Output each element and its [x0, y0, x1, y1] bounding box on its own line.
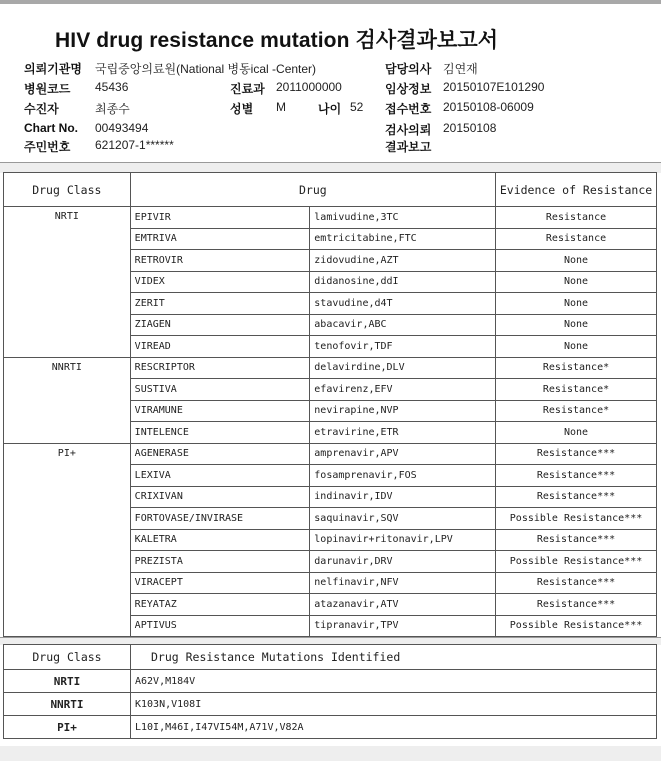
field-age: 나이: [318, 100, 341, 117]
evidence-cell: Resistance***: [496, 572, 657, 594]
evidence-cell: None: [496, 250, 657, 272]
field-value: 20150108-06009: [443, 100, 534, 114]
brand-name-cell: RESCRIPTOR: [130, 357, 310, 379]
brand-name-cell: FORTOVASE/INVIRASE: [130, 508, 310, 530]
generic-name-cell: abacavir,ABC: [310, 314, 496, 336]
mutations-table: Drug Class Drug Resistance Mutations Ide…: [3, 644, 657, 739]
field-test-request: 검사의뢰: [385, 121, 431, 138]
mutation-class: NRTI: [4, 670, 131, 693]
brand-name-cell: KALETRA: [130, 529, 310, 551]
evidence-cell: None: [496, 336, 657, 358]
field-label: 결과보고: [385, 140, 431, 154]
generic-name-cell: atazanavir,ATV: [310, 594, 496, 616]
field-value: 52: [350, 100, 363, 114]
brand-name-cell: REYATAZ: [130, 594, 310, 616]
generic-name-cell: lopinavir+ritonavir,LPV: [310, 529, 496, 551]
field-sex-value: M: [276, 100, 286, 114]
evidence-cell: None: [496, 293, 657, 315]
field-value: 2011000000: [276, 80, 342, 94]
field-clinical-info-value: 20150107E101290: [443, 80, 544, 94]
field-sex: 성별: [230, 100, 253, 117]
mutation-class: NNRTI: [4, 693, 131, 716]
field-label: 나이: [318, 102, 341, 116]
generic-name-cell: nevirapine,NVP: [310, 400, 496, 422]
field-department-value: 2011000000: [276, 80, 342, 94]
brand-name-cell: APTIVUS: [130, 615, 310, 637]
field-institution: 의뢰기관명: [24, 60, 82, 77]
field-hospital-code-value: 45436: [95, 80, 128, 94]
field-value: 국립중앙의료원(National 병동ical -Center): [95, 62, 316, 76]
table-header-row: Drug Class Drug Evidence of Resistance: [4, 173, 657, 207]
field-patient-value: 최종수: [95, 100, 130, 117]
field-label: 담당의사: [385, 62, 431, 76]
header-drug-class: Drug Class: [4, 173, 131, 207]
field-value: 20150108: [443, 121, 496, 135]
brand-name-cell: VIDEX: [130, 271, 310, 293]
evidence-cell: Possible Resistance***: [496, 615, 657, 637]
generic-name-cell: darunavir,DRV: [310, 551, 496, 573]
brand-name-cell: PREZISTA: [130, 551, 310, 573]
evidence-cell: Possible Resistance***: [496, 508, 657, 530]
generic-name-cell: efavirenz,EFV: [310, 379, 496, 401]
field-value: 20150107E101290: [443, 80, 544, 94]
brand-name-cell: LEXIVA: [130, 465, 310, 487]
field-label: 병원코드: [24, 82, 70, 96]
drug-class-cell: PI+: [4, 443, 131, 637]
header-evidence: Evidence of Resistance: [496, 173, 657, 207]
evidence-cell: Possible Resistance***: [496, 551, 657, 573]
field-doctor: 담당의사: [385, 60, 431, 77]
evidence-cell: Resistance*: [496, 379, 657, 401]
field-label: 임상정보: [385, 82, 431, 96]
drug-class-cell: NNRTI: [4, 357, 131, 443]
generic-name-cell: amprenavir,APV: [310, 443, 496, 465]
generic-name-cell: saquinavir,SQV: [310, 508, 496, 530]
evidence-cell: Resistance***: [496, 486, 657, 508]
header-drug-class: Drug Class: [4, 645, 131, 670]
field-label: Chart No.: [24, 121, 78, 135]
brand-name-cell: EPIVIR: [130, 207, 310, 229]
generic-name-cell: didanosine,ddI: [310, 271, 496, 293]
generic-name-cell: indinavir,IDV: [310, 486, 496, 508]
brand-name-cell: INTELENCE: [130, 422, 310, 444]
field-institution-value: 국립중앙의료원(National 병동ical -Center): [95, 60, 316, 77]
field-value: 45436: [95, 80, 128, 94]
brand-name-cell: RETROVIR: [130, 250, 310, 272]
field-label: 접수번호: [385, 102, 431, 116]
field-result-report: 결과보고: [385, 138, 431, 155]
field-label: 검사의뢰: [385, 123, 431, 137]
table-row: PI+AGENERASEamprenavir,APVResistance***: [4, 443, 657, 465]
field-receipt-no: 접수번호: [385, 100, 431, 117]
evidence-cell: None: [496, 271, 657, 293]
field-doctor-value: 김연재: [443, 60, 478, 77]
field-chart-no: Chart No.: [24, 121, 78, 135]
field-label: 성별: [230, 102, 253, 116]
mutation-list: A62V,M184V: [131, 670, 657, 693]
brand-name-cell: VIRACEPT: [130, 572, 310, 594]
generic-name-cell: tenofovir,TDF: [310, 336, 496, 358]
field-test-request-value: 20150108: [443, 121, 496, 135]
field-value: 최종수: [95, 102, 130, 116]
generic-name-cell: emtricitabine,FTC: [310, 228, 496, 250]
field-chart-no-value: 00493494: [95, 121, 148, 135]
field-value: 김연재: [443, 62, 478, 76]
field-age-value: 52: [350, 100, 363, 114]
generic-name-cell: zidovudine,AZT: [310, 250, 496, 272]
evidence-cell: Resistance: [496, 207, 657, 229]
field-label: 주민번호: [24, 140, 70, 154]
field-resident-no-value: 621207-1******: [95, 138, 174, 152]
brand-name-cell: EMTRIVA: [130, 228, 310, 250]
brand-name-cell: SUSTIVA: [130, 379, 310, 401]
brand-name-cell: ZERIT: [130, 293, 310, 315]
field-label: 수진자: [24, 102, 59, 116]
generic-name-cell: delavirdine,DLV: [310, 357, 496, 379]
brand-name-cell: VIREAD: [130, 336, 310, 358]
brand-name-cell: VIRAMUNE: [130, 400, 310, 422]
field-clinical-info: 임상정보: [385, 80, 431, 97]
field-patient: 수진자: [24, 100, 59, 117]
mutation-list: K103N,V108I: [131, 693, 657, 716]
bottom-margin: [0, 746, 661, 761]
evidence-cell: Resistance***: [496, 443, 657, 465]
generic-name-cell: nelfinavir,NFV: [310, 572, 496, 594]
evidence-cell: Resistance***: [496, 465, 657, 487]
field-value: M: [276, 100, 286, 114]
generic-name-cell: etravirine,ETR: [310, 422, 496, 444]
mutation-class: PI+: [4, 716, 131, 739]
table-row: NRTI A62V,M184V: [4, 670, 657, 693]
brand-name-cell: CRIXIVAN: [130, 486, 310, 508]
field-label: 의뢰기관명: [24, 62, 82, 76]
resistance-table: Drug Class Drug Evidence of Resistance N…: [3, 172, 657, 637]
table-header-row: Drug Class Drug Resistance Mutations Ide…: [4, 645, 657, 670]
header-drug: Drug: [130, 173, 495, 207]
generic-name-cell: fosamprenavir,FOS: [310, 465, 496, 487]
field-label: 진료과: [230, 82, 265, 96]
field-department: 진료과: [230, 80, 265, 97]
brand-name-cell: AGENERASE: [130, 443, 310, 465]
evidence-cell: Resistance*: [496, 400, 657, 422]
evidence-cell: Resistance*: [496, 357, 657, 379]
table-row: NNRTI K103N,V108I: [4, 693, 657, 716]
evidence-cell: Resistance***: [496, 529, 657, 551]
field-hospital-code: 병원코드: [24, 80, 70, 97]
evidence-cell: Resistance***: [496, 594, 657, 616]
mutation-list: L10I,M46I,I47VI54M,A71V,V82A: [131, 716, 657, 739]
header-mutations: Drug Resistance Mutations Identified: [131, 645, 657, 670]
report-title: HIV drug resistance mutation 검사결과보고서: [55, 24, 498, 54]
field-resident-no: 주민번호: [24, 138, 70, 155]
generic-name-cell: lamivudine,3TC: [310, 207, 496, 229]
table-row: NNRTIRESCRIPTORdelavirdine,DLVResistance…: [4, 357, 657, 379]
field-value: 00493494: [95, 121, 148, 135]
evidence-cell: Resistance: [496, 228, 657, 250]
generic-name-cell: tipranavir,TPV: [310, 615, 496, 637]
evidence-cell: None: [496, 422, 657, 444]
evidence-cell: None: [496, 314, 657, 336]
table-row: NRTIEPIVIRlamivudine,3TCResistance: [4, 207, 657, 229]
field-receipt-no-value: 20150108-06009: [443, 100, 534, 114]
field-value: 621207-1******: [95, 138, 174, 152]
drug-class-cell: NRTI: [4, 207, 131, 358]
report-header: HIV drug resistance mutation 검사결과보고서 의뢰기…: [0, 4, 661, 162]
brand-name-cell: ZIAGEN: [130, 314, 310, 336]
generic-name-cell: stavudine,d4T: [310, 293, 496, 315]
table-row: PI+ L10I,M46I,I47VI54M,A71V,V82A: [4, 716, 657, 739]
